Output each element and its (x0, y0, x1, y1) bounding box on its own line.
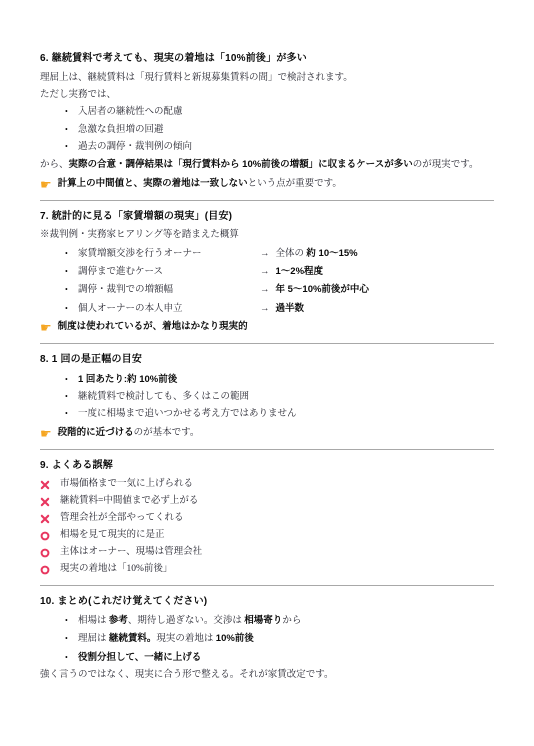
stat-row: • 個人オーナーの本人申立 → 過半数 (40, 303, 494, 316)
section-9: 9. よくある誤解 市場価格まで一気に上げられる 継続賃料=中間値まで必ず上がる… (40, 460, 494, 576)
bullet-icon: • (65, 409, 78, 419)
document-page: 6. 継続賃料で考えても、現実の着地は「10%前後」が多い 理屈上は、継続賃料は… (0, 0, 534, 746)
truth-row: 主体はオーナー、現場は管理会社 (40, 547, 494, 559)
list-item: • 急激な負担増の回避 (40, 125, 494, 137)
section-8: 8. 1 回の是正幅の目安 • 1 回あたり:約 10%前後 • 継続賃料で検討… (40, 354, 494, 440)
misconception-row: 市場価格まで一気に上げられる (40, 479, 494, 491)
list-item: • 相場は 参考、期待し過ぎない。交渉は 相場寄りから (40, 615, 494, 628)
section-8-key-point: ☛ 段階的に近づけるのが基本です。 (40, 427, 494, 440)
truth-text: 現実の着地は「10%前後」 (60, 564, 172, 576)
stat-label: 調停・裁判での増額幅 (78, 285, 260, 297)
section-6-paragraph-practice: ただし実務では、 (40, 90, 494, 102)
bullet-icon: • (65, 142, 78, 152)
x-mark-icon (40, 497, 50, 507)
pointing-finger-icon: ☛ (40, 427, 52, 440)
list-item-text: 継続賃料で検討しても、多くはこの範囲 (78, 392, 494, 404)
pointing-finger-icon: ☛ (40, 321, 52, 334)
bullet-icon: • (65, 107, 78, 117)
bullet-icon: • (65, 304, 78, 314)
truth-text: 主体はオーナー、現場は管理会社 (60, 547, 202, 559)
key-point-text: 計算上の中間値と、実際の着地は一致しないという点が重要です。 (58, 178, 342, 191)
section-6-key-point: ☛ 計算上の中間値と、実際の着地は一致しないという点が重要です。 (40, 178, 494, 191)
arrow-icon: → (260, 285, 270, 297)
bullet-icon: • (65, 285, 78, 295)
stat-row: • 家賃増額交渉を行うオーナー → 全体の 約 10〜15% (40, 248, 494, 261)
section-6-paragraph-theory: 理屈上は、継続賃料は「現行賃料と新規募集賃料の間」で検討されます。 (40, 73, 494, 85)
list-item-text: 役割分担して、一緒に上げる (78, 652, 494, 665)
misconception-text: 市場価格まで一気に上げられる (60, 479, 193, 491)
bullet-icon: • (65, 375, 78, 385)
section-8-heading: 8. 1 回の是正幅の目安 (40, 354, 494, 367)
truth-row: 現実の着地は「10%前後」 (40, 564, 494, 576)
o-mark-icon (40, 565, 50, 575)
bullet-icon: • (65, 634, 78, 644)
stat-value: 過半数 (276, 303, 305, 316)
list-item: • 継続賃料で検討しても、多くはこの範囲 (40, 392, 494, 404)
misconception-row: 管理会社が全部やってくれる (40, 513, 494, 525)
list-item-text: 1 回あたり:約 10%前後 (78, 374, 494, 387)
section-7-heading: 7. 統計的に見る「家賃増額の現実」(目安) (40, 211, 494, 224)
section-7-list: • 家賃増額交渉を行うオーナー → 全体の 約 10〜15% • 調停まで進むケ… (40, 248, 494, 316)
stat-label: 家賃増額交渉を行うオーナー (78, 249, 260, 261)
o-mark-icon (40, 531, 50, 541)
truth-text: 相場を見て現実的に是正 (60, 530, 165, 542)
misconception-text: 管理会社が全部やってくれる (60, 513, 184, 525)
section-6-heading: 6. 継続賃料で考えても、現実の着地は「10%前後」が多い (40, 53, 494, 66)
arrow-icon: → (260, 267, 270, 279)
x-mark-icon (40, 514, 50, 524)
list-item: • 入居者の継続性への配慮 (40, 107, 494, 119)
section-divider (40, 585, 494, 586)
list-item-text: 一度に相場まで追いつかせる考え方ではありません (78, 409, 494, 421)
list-item: • 一度に相場まで追いつかせる考え方ではありません (40, 409, 494, 421)
list-item-text: 理屈は 継続賃料。現実の着地は 10%前後 (78, 633, 494, 646)
list-item: • 1 回あたり:約 10%前後 (40, 374, 494, 387)
list-item-text: 過去の調停・裁判例の傾向 (78, 142, 494, 154)
x-mark-icon (40, 480, 50, 490)
list-item-text: 急激な負担増の回避 (78, 125, 494, 137)
section-divider (40, 200, 494, 201)
misconception-row: 継続賃料=中間値まで必ず上がる (40, 496, 494, 508)
closing-statement: 強く言うのではなく、現実に合う形で整える。それが家賃改定です。 (40, 670, 494, 682)
section-divider (40, 449, 494, 450)
stat-value: 年 5〜10%前後が中心 (276, 284, 369, 297)
list-item-text: 入居者の継続性への配慮 (78, 107, 494, 119)
o-mark-icon (40, 548, 50, 558)
section-7-note: ※裁判例・実務家ヒアリング等を踏まえた概算 (40, 230, 494, 242)
bullet-icon: • (65, 249, 78, 259)
bullet-icon: • (65, 267, 78, 277)
section-6-list: • 入居者の継続性への配慮 • 急激な負担増の回避 • 過去の調停・裁判例の傾向 (40, 107, 494, 154)
arrow-icon: → (260, 249, 270, 261)
pointing-finger-icon: ☛ (40, 178, 52, 191)
section-9-heading: 9. よくある誤解 (40, 460, 494, 473)
arrow-icon: → (260, 304, 270, 316)
misconception-text: 継続賃料=中間値まで必ず上がる (60, 496, 198, 508)
bullet-icon: • (65, 616, 78, 626)
stat-row: • 調停まで進むケース → 1〜2%程度 (40, 266, 494, 279)
stat-value: 1〜2%程度 (276, 266, 324, 279)
list-item: • 理屈は 継続賃料。現実の着地は 10%前後 (40, 633, 494, 646)
key-point-text: 制度は使われているが、着地はかなり現実的 (58, 321, 248, 334)
section-7-key-point: ☛ 制度は使われているが、着地はかなり現実的 (40, 321, 494, 334)
stat-label: 調停まで進むケース (78, 267, 260, 279)
section-10-heading: 10. まとめ(これだけ覚えてください) (40, 596, 494, 609)
list-item: • 役割分担して、一緒に上げる (40, 652, 494, 665)
bullet-icon: • (65, 125, 78, 135)
section-8-list: • 1 回あたり:約 10%前後 • 継続賃料で検討しても、多くはこの範囲 • … (40, 374, 494, 422)
section-10: 10. まとめ(これだけ覚えてください) • 相場は 参考、期待し過ぎない。交渉… (40, 596, 494, 683)
list-item-text: 相場は 参考、期待し過ぎない。交渉は 相場寄りから (78, 615, 494, 628)
section-6: 6. 継続賃料で考えても、現実の着地は「10%前後」が多い 理屈上は、継続賃料は… (40, 53, 494, 191)
bullet-icon: • (65, 392, 78, 402)
bullet-icon: • (65, 653, 78, 663)
section-7: 7. 統計的に見る「家賃増額の現実」(目安) ※裁判例・実務家ヒアリング等を踏ま… (40, 211, 494, 334)
stat-value: 全体の 約 10〜15% (276, 248, 358, 261)
stat-row: • 調停・裁判での増額幅 → 年 5〜10%前後が中心 (40, 284, 494, 297)
list-item: • 過去の調停・裁判例の傾向 (40, 142, 494, 154)
section-6-conclusion: から、実際の合意・調停結果は「現行賃料から 10%前後の増額」に収まるケースが多… (40, 159, 494, 172)
section-10-list: • 相場は 参考、期待し過ぎない。交渉は 相場寄りから • 理屈は 継続賃料。現… (40, 615, 494, 665)
truth-row: 相場を見て現実的に是正 (40, 530, 494, 542)
section-divider (40, 343, 494, 344)
key-point-text: 段階的に近づけるのが基本です。 (58, 427, 200, 440)
stat-label: 個人オーナーの本人申立 (78, 304, 260, 316)
